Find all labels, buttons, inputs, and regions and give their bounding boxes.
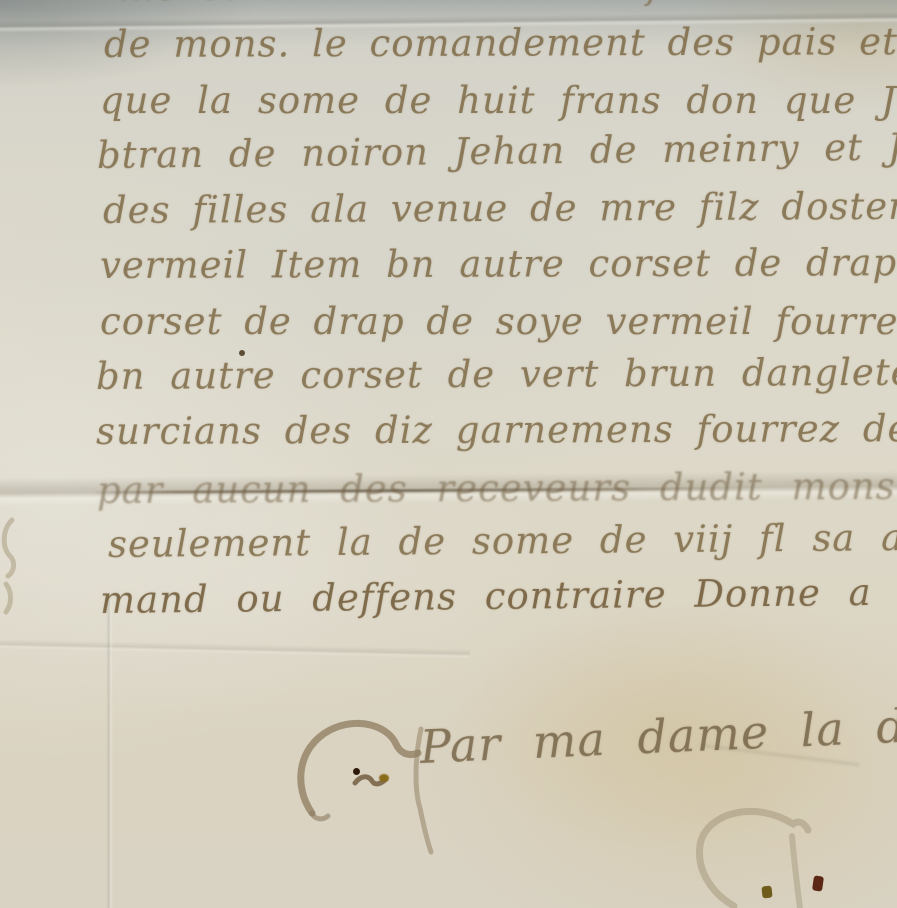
manuscript-line: mand ou deffens contraire Donne a Roue xyxy=(100,573,897,619)
fold-crease-lower xyxy=(0,639,470,659)
docket-line: Par ma dame la duch xyxy=(419,699,897,770)
manuscript-line-faded: par aucun des receveurs dudit mons la d xyxy=(97,467,897,509)
paraphe-flourish-icon xyxy=(290,713,440,863)
fold-crease-vertical xyxy=(106,600,113,908)
ink-spot xyxy=(812,875,824,891)
manuscript-line: corset de drap de soye vermeil fourre de… xyxy=(100,303,897,340)
manuscript-line: vermeil Item bn autre corset de drap ver… xyxy=(100,244,897,284)
manuscript-line: bn autre corset de vert brun dangleterre… xyxy=(96,353,897,395)
left-margin-mark-icon xyxy=(0,510,30,620)
manuscript-line: des filles ala venue de mre filz dostern… xyxy=(103,187,897,229)
manuscript-line: de mons. le comandement des pais et lieu… xyxy=(104,22,897,63)
manuscript-line-cut: …e et … … … …esse et flandr… xyxy=(118,0,803,6)
manuscript-line: btran de noiron Jehan de meinry et Jehan… xyxy=(97,127,897,174)
ink-dot xyxy=(379,774,389,782)
bottom-right-paraphe-icon xyxy=(690,790,897,908)
parchment-document: …e et … … … …esse et flandr… de mons. le… xyxy=(0,0,897,908)
manuscript-line: que la some de huit frans don que Jehan … xyxy=(100,82,897,119)
ink-dot xyxy=(353,768,360,775)
manuscript-line: surcians des diz garnemens fourrez de sa… xyxy=(96,410,897,450)
manuscript-line: seulement la de some de viij fl sa allou… xyxy=(108,518,897,563)
ink-spot xyxy=(761,886,772,899)
